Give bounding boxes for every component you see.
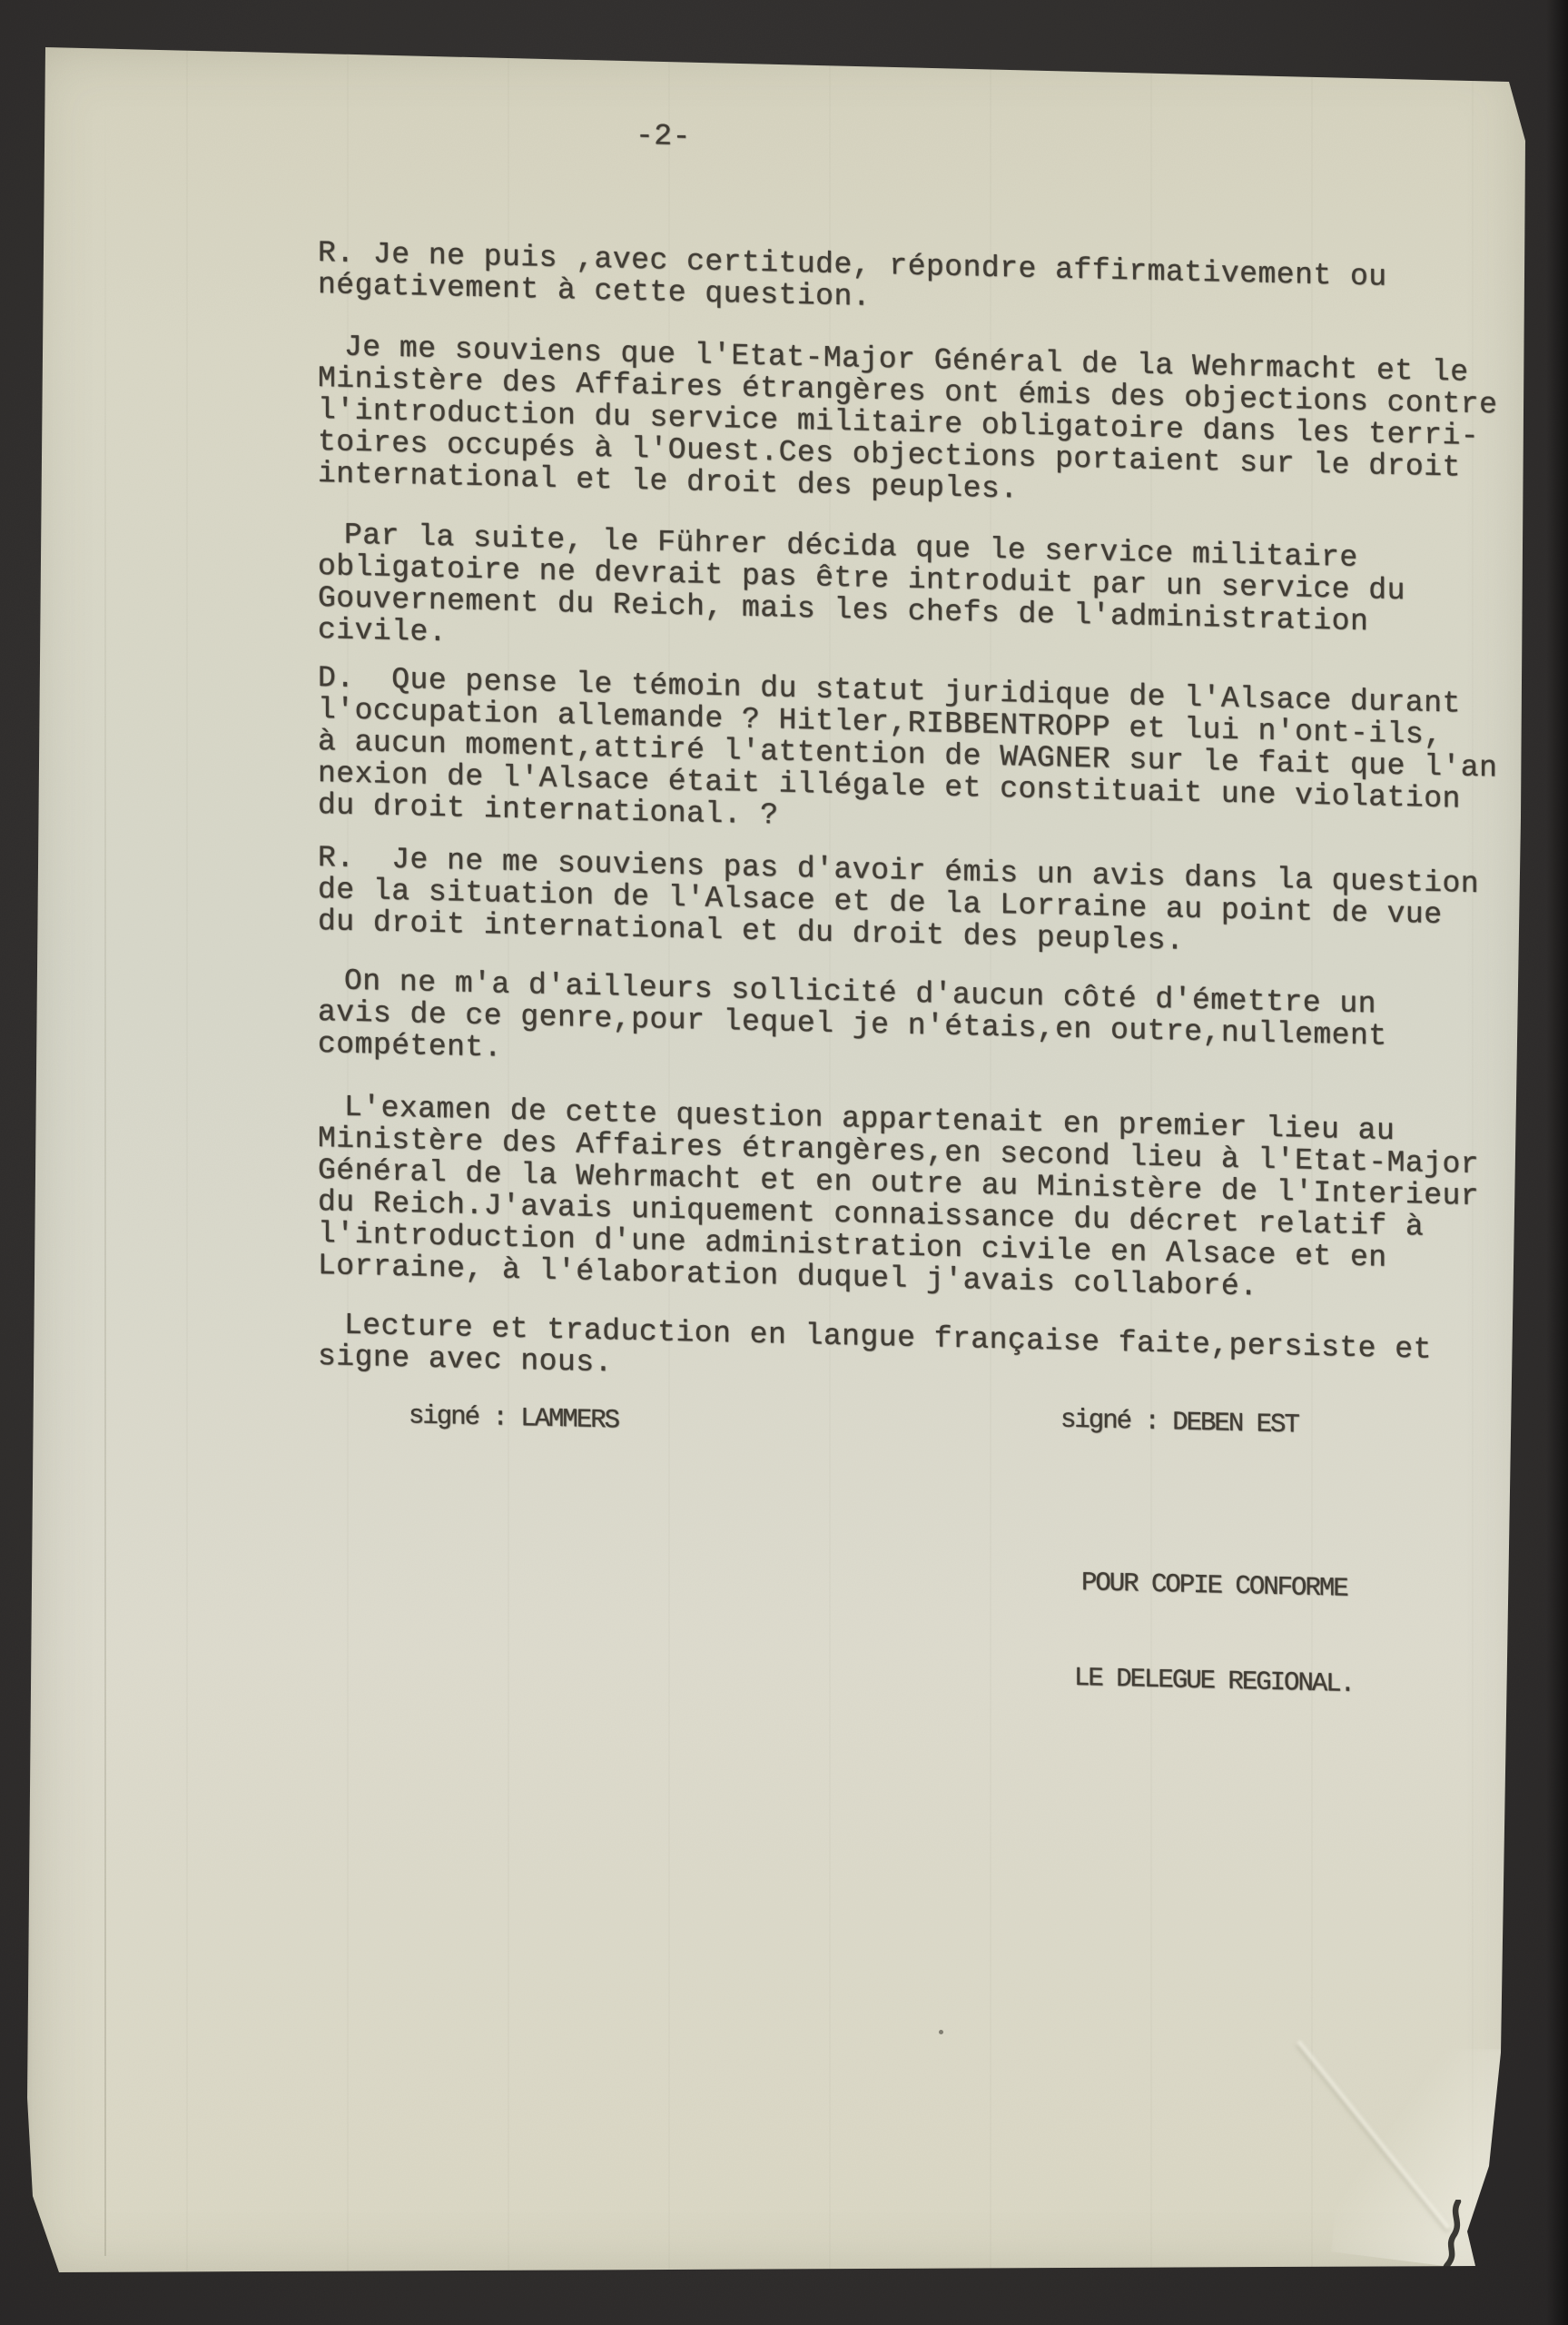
certification-line-1: POUR COPIE CONFORME	[1074, 1567, 1354, 1605]
paragraph-question-d: D. Que pense le témoin du statut juridiq…	[318, 662, 1539, 849]
document-page: -2- R. Je ne puis ,avec certitude, répon…	[25, 40, 1534, 2280]
paragraph-closing: Lecture et traduction en langue français…	[318, 1309, 1539, 1400]
scan-background: -2- R. Je ne puis ,avec certitude, répon…	[0, 0, 1568, 2325]
paragraph-3: Par la suite, le Führer décida que le se…	[318, 519, 1539, 674]
typewritten-text: -2- R. Je ne puis ,avec certitude, répon…	[318, 109, 1539, 1681]
paragraph-2: Je me souviens que l'Etat-Major Général …	[318, 331, 1539, 518]
ink-speck	[939, 2030, 943, 2034]
paragraph-answer-r: R. Je ne me souviens pas d'avoir émis un…	[318, 842, 1539, 965]
signature-lammers: signé : LAMMERS	[409, 1400, 618, 1436]
certification-line-2: LE DELEGUE REGIONAL.	[1074, 1662, 1354, 1700]
scan-edge-shadow	[1546, 0, 1568, 2325]
paragraph-7: L'examen de cette question appartenait e…	[318, 1091, 1539, 1310]
certification-block: POUR COPIE CONFORME LE DELEGUE REGIONAL.	[1074, 1503, 1354, 1764]
signature-debenest: signé : DEBEN EST	[1060, 1404, 1298, 1441]
paragraph-answer-1: R. Je ne puis ,avec certitude, répondre …	[318, 237, 1539, 329]
paper-crease-vertical	[104, 76, 106, 2256]
paper-tear-mark	[1435, 2200, 1476, 2283]
page-number: -2-	[636, 120, 691, 153]
paragraph-6: On ne m'a d'ailleurs sollicité d'aucun c…	[318, 965, 1539, 1088]
